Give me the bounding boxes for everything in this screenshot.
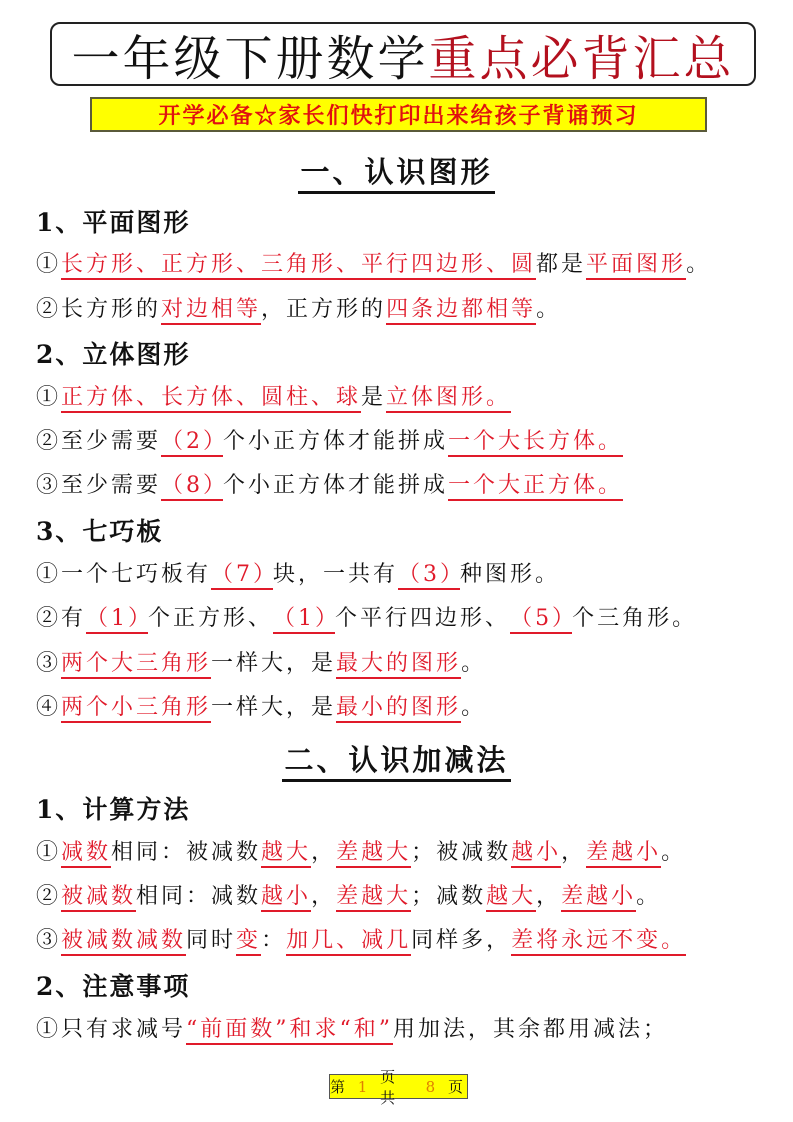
item-number: ① — [36, 385, 61, 410]
highlight-text: 差将永远不变。 — [511, 928, 686, 956]
highlight-text: 立体图形。 — [386, 385, 511, 413]
fill-blank-answer: （1） — [273, 601, 335, 634]
plain-text: 种图形。 — [460, 562, 560, 587]
item-number: ① — [36, 1017, 61, 1042]
item-number: ③ — [36, 651, 61, 676]
fill-blank-answer: （1） — [86, 601, 148, 634]
plain-text: ，正方形的 — [261, 297, 386, 322]
highlight-text: 两个大三角形 — [61, 651, 211, 679]
list-item: ①一个七巧板有（7）块，一共有（3）种图形。 — [36, 557, 560, 590]
page-indicator: 第 1 页 共 8 页 — [329, 1074, 468, 1099]
plain-text: 。 — [461, 695, 486, 720]
title-red-part: 重点必背汇总 — [429, 20, 735, 89]
highlight-text: 越小 — [261, 884, 311, 912]
plain-text: ， — [561, 840, 586, 865]
plain-text: ： — [261, 928, 286, 953]
highlight-text: “前面数”和求“和” — [186, 1017, 393, 1045]
list-item: ②至少需要（2）个小正方体才能拼成一个大长方体。 — [36, 424, 623, 457]
plain-text: 相同：减数 — [136, 884, 261, 909]
total-pages: 8 — [426, 1078, 440, 1096]
plain-text: 长方形的 — [61, 297, 161, 322]
plain-text: 一样大，是 — [211, 695, 336, 720]
plain-text: 个小正方体才能拼成 — [223, 473, 448, 498]
plain-text: ；被减数 — [411, 840, 511, 865]
highlight-text: 差越小 — [586, 840, 661, 868]
plain-text: 个小正方体才能拼成 — [223, 429, 448, 454]
plain-text: 至少需要 — [61, 429, 161, 454]
section-title-text: 二、认识加减法 — [282, 743, 510, 782]
subheading-notes: 2、注意事项 — [36, 967, 190, 1003]
fill-blank-answer: （2） — [161, 424, 223, 457]
plain-text: 是 — [361, 385, 386, 410]
item-number: ② — [36, 429, 61, 454]
plain-text: 相同：被减数 — [111, 840, 261, 865]
section-title-shapes: 一、认识图形 — [0, 150, 793, 191]
item-number: ② — [36, 297, 61, 322]
plain-text: 。 — [636, 884, 661, 909]
item-number: ① — [36, 840, 61, 865]
highlight-text: 最小的图形 — [336, 695, 461, 723]
highlight-text: 对边相等 — [161, 297, 261, 325]
highlight-text: 最大的图形 — [336, 651, 461, 679]
plain-text: ， — [311, 884, 336, 909]
current-page: 1 — [358, 1078, 372, 1096]
highlight-text: 四条边都相等 — [386, 297, 536, 325]
plain-text: 至少需要 — [61, 473, 161, 498]
highlight-text: 越大 — [486, 884, 536, 912]
highlight-text: 一个大长方体。 — [448, 429, 623, 457]
plain-text: 只有求减号 — [61, 1017, 186, 1042]
fill-blank-answer: （5） — [510, 601, 572, 634]
list-item: ③两个大三角形一样大，是最大的图形。 — [36, 646, 486, 677]
plain-text: 。 — [661, 840, 686, 865]
list-item: ②有（1）个正方形、（1）个平行四边形、（5）个三角形。 — [36, 601, 697, 634]
highlight-text: 正方体、长方体、圆柱、球 — [61, 385, 361, 413]
plain-text: ， — [311, 840, 336, 865]
highlight-text: 被减数减数 — [61, 928, 186, 956]
plain-text: ；减数 — [411, 884, 486, 909]
highlight-text: 被减数 — [61, 884, 136, 912]
item-number: ② — [36, 606, 61, 631]
page-label: 第 — [330, 1076, 349, 1097]
page-label: 页 — [448, 1076, 467, 1097]
title-black-part: 一年级下册数学 — [71, 20, 428, 89]
highlight-text: 两个小三角形 — [61, 695, 211, 723]
section-title-text: 一、认识图形 — [298, 155, 494, 194]
item-number: ③ — [36, 928, 61, 953]
list-item: ④两个小三角形一样大，是最小的图形。 — [36, 690, 486, 721]
plain-text: 个平行四边形、 — [335, 606, 510, 631]
plain-text: 个三角形。 — [572, 606, 697, 631]
list-item: ①长方形、正方形、三角形、平行四边形、圆都是平面图形。 — [36, 247, 711, 278]
item-number: ① — [36, 252, 61, 277]
list-item: ③至少需要（8）个小正方体才能拼成一个大正方体。 — [36, 468, 623, 501]
list-item: ①减数相同：被减数越大，差越大；被减数越小，差越小。 — [36, 835, 686, 866]
plain-text: 同时 — [186, 928, 236, 953]
subheading-tangram: 3、七巧板 — [36, 512, 163, 548]
section-title-add-subtract: 二、认识加减法 — [0, 738, 793, 779]
highlight-text: 减数 — [61, 840, 111, 868]
plain-text: 一样大，是 — [211, 651, 336, 676]
plain-text: 。 — [536, 297, 561, 322]
highlight-text: 差越小 — [561, 884, 636, 912]
subtitle-banner: 开学必备☆家长们快打印出来给孩子背诵预习 — [90, 97, 707, 132]
item-number: ① — [36, 562, 61, 587]
plain-text: 。 — [461, 651, 486, 676]
plain-text: 都是 — [536, 252, 586, 277]
list-item: ②被减数相同：减数越小，差越大；减数越大，差越小。 — [36, 879, 661, 910]
plain-text: 有 — [61, 606, 86, 631]
plain-text: 同样多， — [411, 928, 511, 953]
document-title: 一年级下册数学重点必背汇总 — [50, 22, 756, 86]
plain-text: 块，一共有 — [273, 562, 398, 587]
item-number: ② — [36, 884, 61, 909]
fill-blank-answer: （7） — [211, 557, 273, 590]
plain-text: 用加法，其余都用减法； — [393, 1017, 668, 1042]
highlight-text: 差越大 — [336, 884, 411, 912]
list-item: ③被减数减数同时变：加几、减几同样多，差将永远不变。 — [36, 923, 686, 954]
subheading-solid-shapes: 2、立体图形 — [36, 335, 190, 371]
highlight-text: 越大 — [261, 840, 311, 868]
list-item: ②长方形的对边相等，正方形的四条边都相等。 — [36, 292, 561, 323]
plain-text: ， — [536, 884, 561, 909]
highlight-text: 平面图形 — [586, 252, 686, 280]
fill-blank-answer: （8） — [161, 468, 223, 501]
fill-blank-answer: （3） — [398, 557, 460, 590]
item-number: ③ — [36, 473, 61, 498]
plain-text: 个正方形、 — [148, 606, 273, 631]
page-label: 页 共 — [380, 1066, 417, 1108]
subheading-plane-shapes: 1、平面图形 — [36, 203, 190, 239]
list-item: ①只有求减号“前面数”和求“和”用加法，其余都用减法； — [36, 1012, 668, 1043]
plain-text: 一个七巧板有 — [61, 562, 211, 587]
highlight-text: 加几、减几 — [286, 928, 411, 956]
list-item: ①正方体、长方体、圆柱、球是立体图形。 — [36, 380, 511, 411]
highlight-text: 越小 — [511, 840, 561, 868]
plain-text: 。 — [686, 252, 711, 277]
item-number: ④ — [36, 695, 61, 720]
highlight-text: 长方形、正方形、三角形、平行四边形、圆 — [61, 252, 536, 280]
highlight-text: 差越大 — [336, 840, 411, 868]
highlight-text: 一个大正方体。 — [448, 473, 623, 501]
subheading-calc-method: 1、计算方法 — [36, 790, 190, 826]
highlight-text: 变 — [236, 928, 261, 956]
